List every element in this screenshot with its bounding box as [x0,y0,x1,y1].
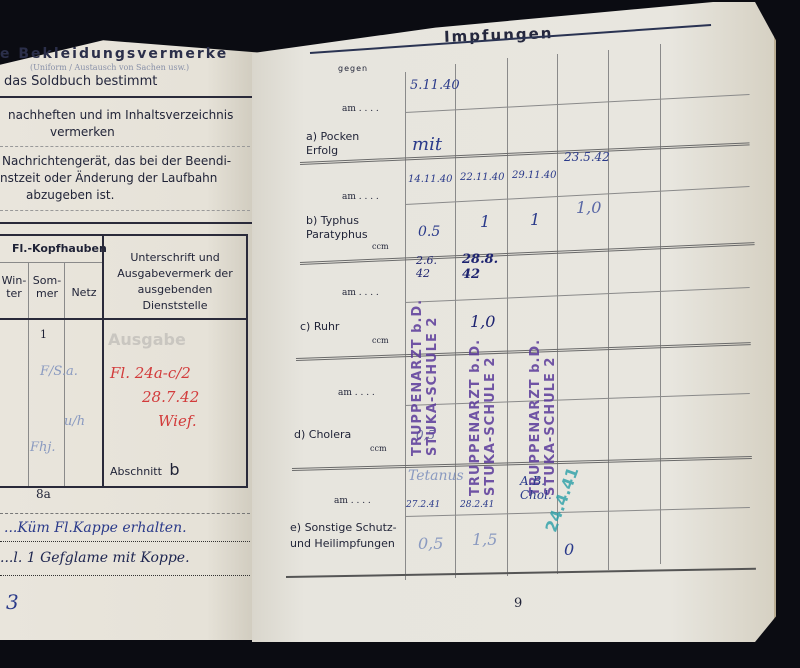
box-line: nstzeit oder Änderung der Laufbahn [0,171,217,185]
kopfhauben-table: Fl.-Kopfhauben Win-ter Som-mer Netz Unte… [0,234,248,488]
sonstige-dose: 0,5 [418,534,443,553]
section-prefix: d) [294,428,305,441]
ruhr-date: 28.8. 42 [462,252,502,282]
section-c-label: c) Ruhr [300,320,339,333]
sommer-value: 1 [40,328,47,341]
truppenarzt-stamp: TRUPPENARZT b.D. STUKA-SCHULE 2 [528,296,558,496]
handwritten-line: ...l. 1 Gefglame mit Koppe. [0,550,190,566]
typhus-date: 14.11.40 [408,174,453,185]
gegen-label: gegen [338,64,368,73]
box-line: vermerken [50,125,115,139]
section-d-label: d) Cholera [294,428,351,441]
section-b-label: b) Typhus Paratyphus [306,214,396,242]
truppenarzt-stamp: TRUPPENARZT b.D. STUKA-SCHULE 2 [410,256,440,456]
section-prefix: e) [290,521,301,534]
am-label: am . . . . [342,192,379,202]
row-note: u/h [64,414,85,429]
section-prefix: a) [306,130,317,143]
typhus-date: 22.11.40 [460,172,505,183]
am-label: am . . . . [338,388,375,398]
section-name: Sonstige Schutz- und Heilimpfungen [290,521,397,550]
am-label: am . . . . [342,288,379,298]
handwritten-line: ...Küm Fl.Kappe erhalten. [4,520,187,536]
abschnitt: Abschnitt b [110,460,180,479]
am-label: am . . . . [334,496,371,506]
signature-name: Wief. [158,412,197,430]
left-page-header: e Bekleidungsvermerke [0,46,228,62]
section-a-label: a) Pocken Erfolg [306,130,386,158]
pocken-result: mit [412,134,442,155]
box-line: abzugeben ist. [26,188,114,202]
typhus-date: 23.5.42 [564,150,604,164]
left-page-number: 8a [36,487,51,501]
typhus-date: 29.11.40 [512,170,557,181]
sonstige-dose: 0 [564,540,574,559]
right-page-number: 9 [514,596,522,611]
instructions-box: nachheften und im Inhaltsverzeichnis ver… [0,96,254,224]
am-label: am . . . . [342,104,379,114]
ccm-label: ccm [372,336,389,345]
abschnitt-value: b [169,460,179,479]
left-page-subheader: (Uniform / Austausch von Sachen usw.) [30,63,189,72]
row-note: Fhj. [30,440,56,455]
section-prefix: b) [306,214,317,227]
sonstige-date: 28.2.41 [460,500,494,510]
typhus-dose: 0.5 [418,224,440,240]
sonstige-dose: 1,5 [472,530,497,549]
abschnitt-label: Abschnitt [110,465,162,478]
box-line: nachheften und im Inhaltsverzeichnis [8,108,233,122]
group-header: Fl.-Kopfhauben [12,242,107,255]
typhus-dose: 1 [530,210,540,229]
sonstige-note: Tetanus [408,468,464,484]
sonstige-date: 27.2.41 [406,500,440,510]
col-netz: Netz [66,286,102,299]
ausgabe-stamp: Ausgabe [108,330,186,349]
pocken-date: 5.11.40 [410,78,460,93]
box-line: Nachrichtengerät, das bei der Beendi- [2,154,231,168]
section-name: Ruhr [314,320,340,333]
signature-date: 28.7.42 [142,388,199,406]
section-name: Cholera [309,428,351,441]
bottom-number: 3 [6,590,19,614]
col-sommer: Som-mer [30,274,64,300]
signature-header: Unterschrift und Ausgabevermerk der ausg… [110,250,240,314]
ccm-label: ccm [372,242,389,251]
typhus-dose: 1,0 [576,198,601,217]
col-winter: Win-ter [0,274,28,300]
typhus-dose: 1 [480,212,490,231]
section-e-label: e) Sonstige Schutz- und Heilimpfungen [290,520,400,552]
signature-line: Fl. 24a-c/2 [110,364,191,382]
ccm-label: ccm [370,444,387,453]
row-note: F/S.a. [40,364,78,379]
section-prefix: c) [300,320,310,333]
left-page-banner: das Soldbuch bestimmt [4,74,157,89]
truppenarzt-stamp: TRUPPENARZT b.D. STUKA-SCHULE 2 [468,296,498,496]
